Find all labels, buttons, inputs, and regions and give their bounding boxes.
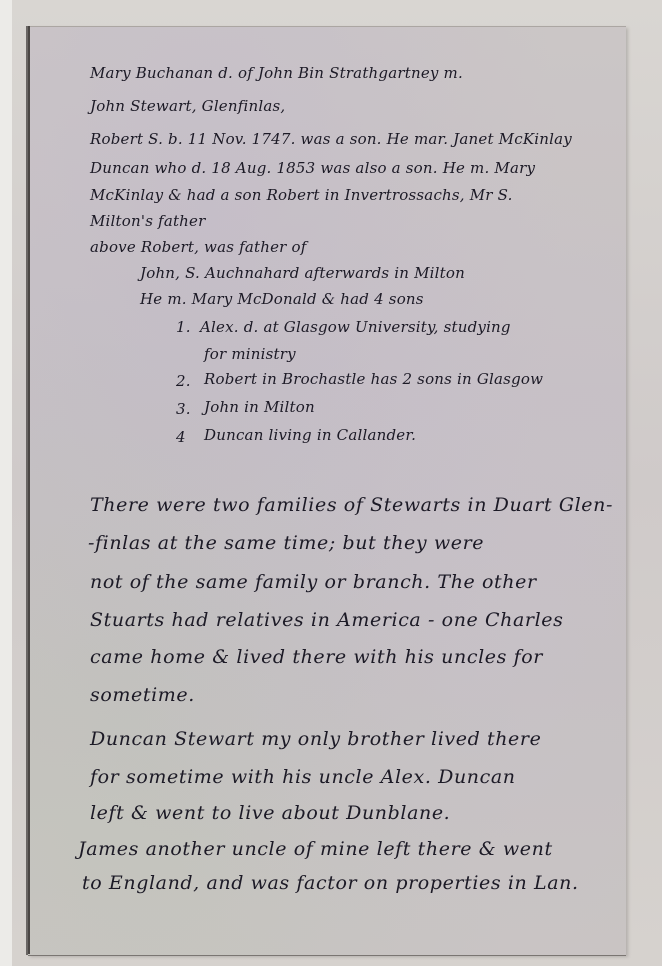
son-number: 4 xyxy=(176,428,186,446)
manuscript-line: to England, and was factor on properties… xyxy=(82,872,579,894)
manuscript-line: There were two families of Stewarts in D… xyxy=(90,494,613,516)
manuscript-line: Duncan Stewart my only brother lived the… xyxy=(90,728,541,750)
manuscript-line: He m. Mary McDonald & had 4 sons xyxy=(140,290,424,308)
son-number: 3. xyxy=(176,400,191,418)
manuscript-line: not of the same family or branch. The ot… xyxy=(90,571,537,593)
manuscript-line: Duncan who d. 18 Aug. 1853 was also a so… xyxy=(90,159,535,177)
son-entry: Alex. d. at Glasgow University, studying xyxy=(200,318,511,336)
son-entry: Duncan living in Callander. xyxy=(204,426,416,444)
son-entry-continuation: for ministry xyxy=(204,345,296,363)
son-number: 2. xyxy=(176,372,191,390)
son-entry: Robert in Brochastle has 2 sons in Glasg… xyxy=(204,370,543,388)
manuscript-line: Stuarts had relatives in America - one C… xyxy=(90,609,563,631)
manuscript-line: for sometime with his uncle Alex. Duncan xyxy=(90,766,516,788)
manuscript-line: John, S. Auchnahard afterwards in Milton xyxy=(140,264,465,282)
manuscript-line: Mary Buchanan d. of John Bin Strathgartn… xyxy=(90,64,463,82)
manuscript-line: left & went to live about Dunblane. xyxy=(90,802,450,824)
manuscript-line: sometime. xyxy=(90,684,195,706)
son-number: 1. xyxy=(176,318,191,336)
son-entry: John in Milton xyxy=(204,398,315,416)
manuscript-line: above Robert, was father of xyxy=(90,238,306,256)
manuscript-line: McKinlay & had a son Robert in Invertros… xyxy=(90,186,513,204)
manuscript-line: Robert S. b. 11 Nov. 1747. was a son. He… xyxy=(90,130,572,148)
manuscript-line: Milton's father xyxy=(90,212,206,230)
manuscript-line: John Stewart, Glenfinlas, xyxy=(90,97,285,115)
scan-margin xyxy=(0,0,12,966)
manuscript-line: James another uncle of mine left there &… xyxy=(78,838,553,860)
manuscript-line: came home & lived there with his uncles … xyxy=(90,646,543,668)
manuscript-line: -finlas at the same time; but they were xyxy=(88,532,484,554)
page-binding-edge xyxy=(28,26,30,954)
